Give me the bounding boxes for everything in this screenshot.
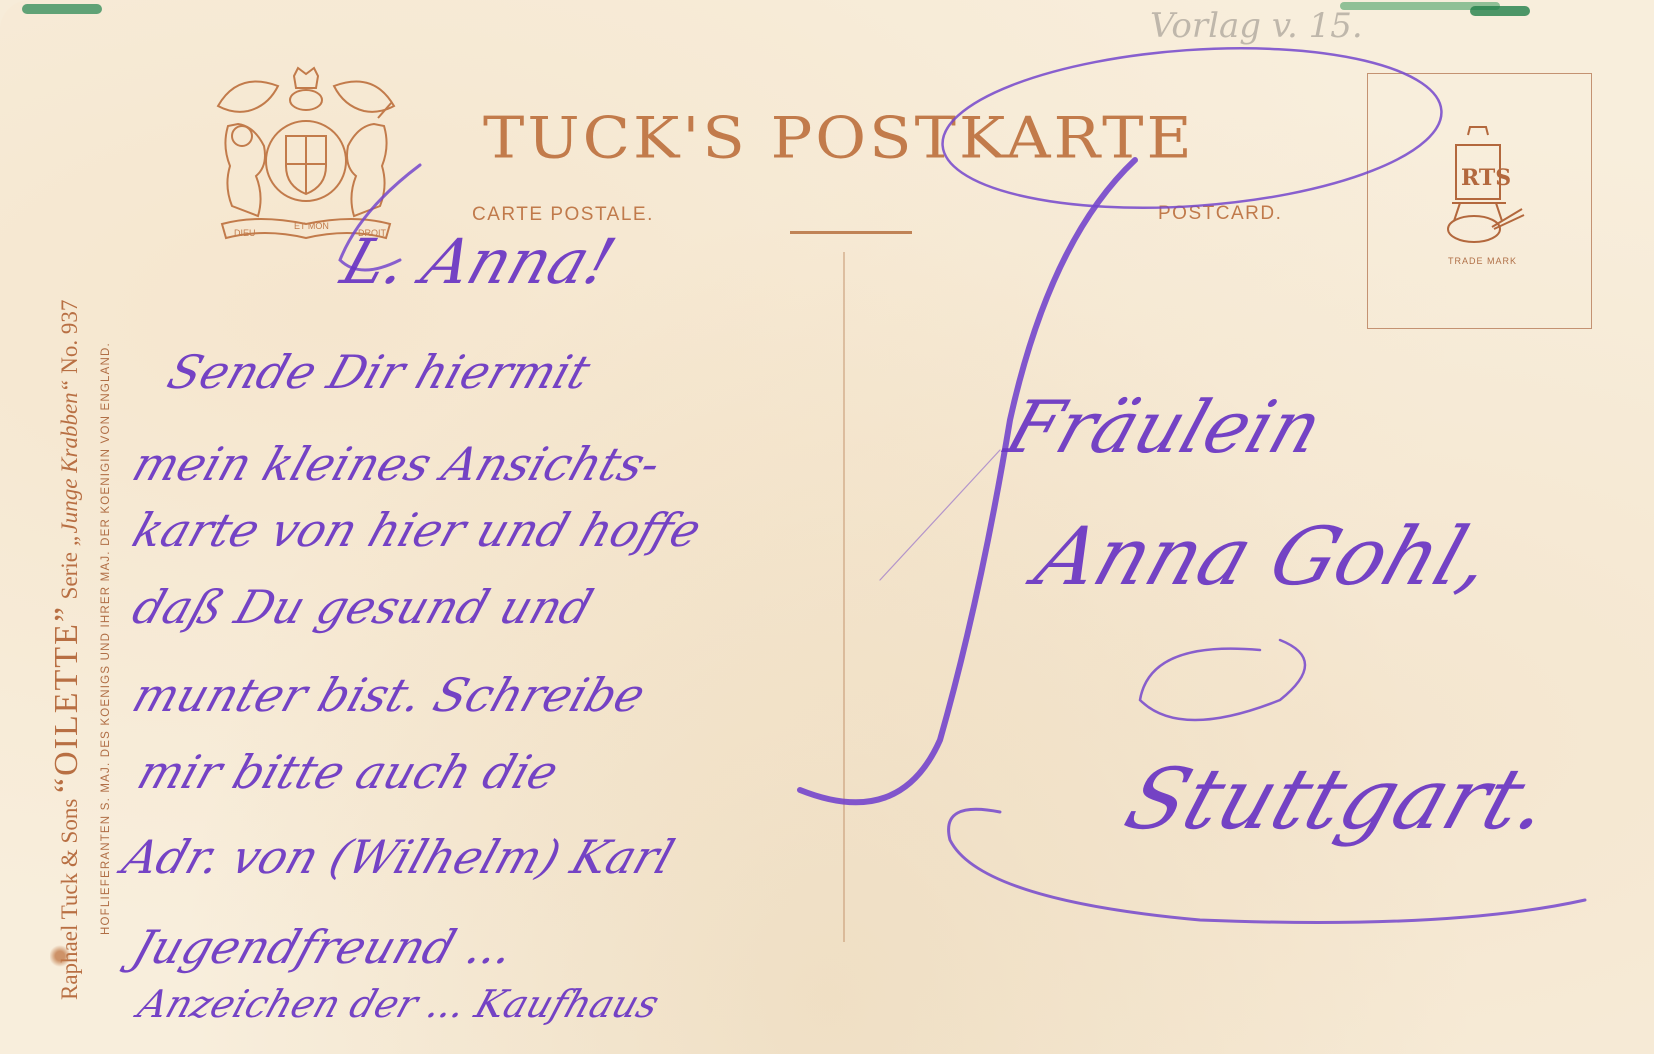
royal-coat-of-arms-icon: DIEU ET MON DROIT — [208, 66, 404, 244]
message-line-5: munter bist. Schreibe — [126, 668, 652, 722]
center-divider — [843, 252, 845, 942]
publisher-vertical-text: Raphael Tuck & Sons “OILETTE” Serie „Jun… — [48, 300, 86, 1000]
svg-text:DIEU: DIEU — [234, 228, 256, 238]
easel-trademark-icon: RTS — [1430, 125, 1526, 255]
pencil-note: Vorlag v. 15. — [1150, 6, 1363, 46]
series-number: No. 937 — [57, 300, 82, 374]
series-label: Serie — [57, 552, 82, 599]
message-line-7: Adr. von (Wilhelm) Karl — [116, 830, 680, 884]
series-name: „Junge Krabben“ — [57, 380, 82, 547]
message-line-6: mir bitte auch die — [131, 745, 565, 799]
trademark-label: TRADE MARK — [1448, 256, 1517, 266]
message-line-8: Jugendfreund ... — [126, 920, 521, 974]
svg-text:ET MON: ET MON — [294, 221, 329, 231]
postcard-title: TUCK'S POSTKARTE — [483, 104, 1195, 171]
series-brand: “OILETTE” — [48, 605, 85, 793]
rule-line — [790, 231, 912, 234]
address-line-1: Fräulein — [996, 385, 1332, 469]
ink-stain-top-left — [22, 4, 102, 14]
message-line-1: Sende Dir hiermit — [161, 345, 597, 399]
publisher-logo-icon — [50, 944, 70, 968]
carte-postale-label: CARTE POSTALE. — [472, 204, 654, 226]
greeting: L. Anna! — [333, 225, 624, 298]
message-line-3: karte von hier und hoffe — [126, 503, 708, 557]
address-line-2: Anna Gohl, — [1025, 510, 1504, 603]
address-line-3: Stuttgart. — [1114, 750, 1563, 848]
message-line-9: Anzeichen der ... Kaufhaus — [133, 982, 665, 1026]
message-line-2: mein kleines Ansichts- — [126, 437, 667, 491]
postcard-label: POSTCARD. — [1158, 203, 1282, 225]
message-line-4: daß Du gesund und — [126, 580, 599, 634]
ink-stain-top-right-2 — [1470, 6, 1530, 16]
publisher-name: Raphael Tuck & Sons — [57, 799, 82, 1000]
monogram: RTS — [1461, 165, 1511, 191]
postcard-back: Vorlag v. 15. DIEU ET MON DROIT — [0, 0, 1654, 1054]
royal-warrant-text: HOFLIEFERANTEN S. MAJ. DES KOENIGS UND I… — [100, 342, 112, 935]
